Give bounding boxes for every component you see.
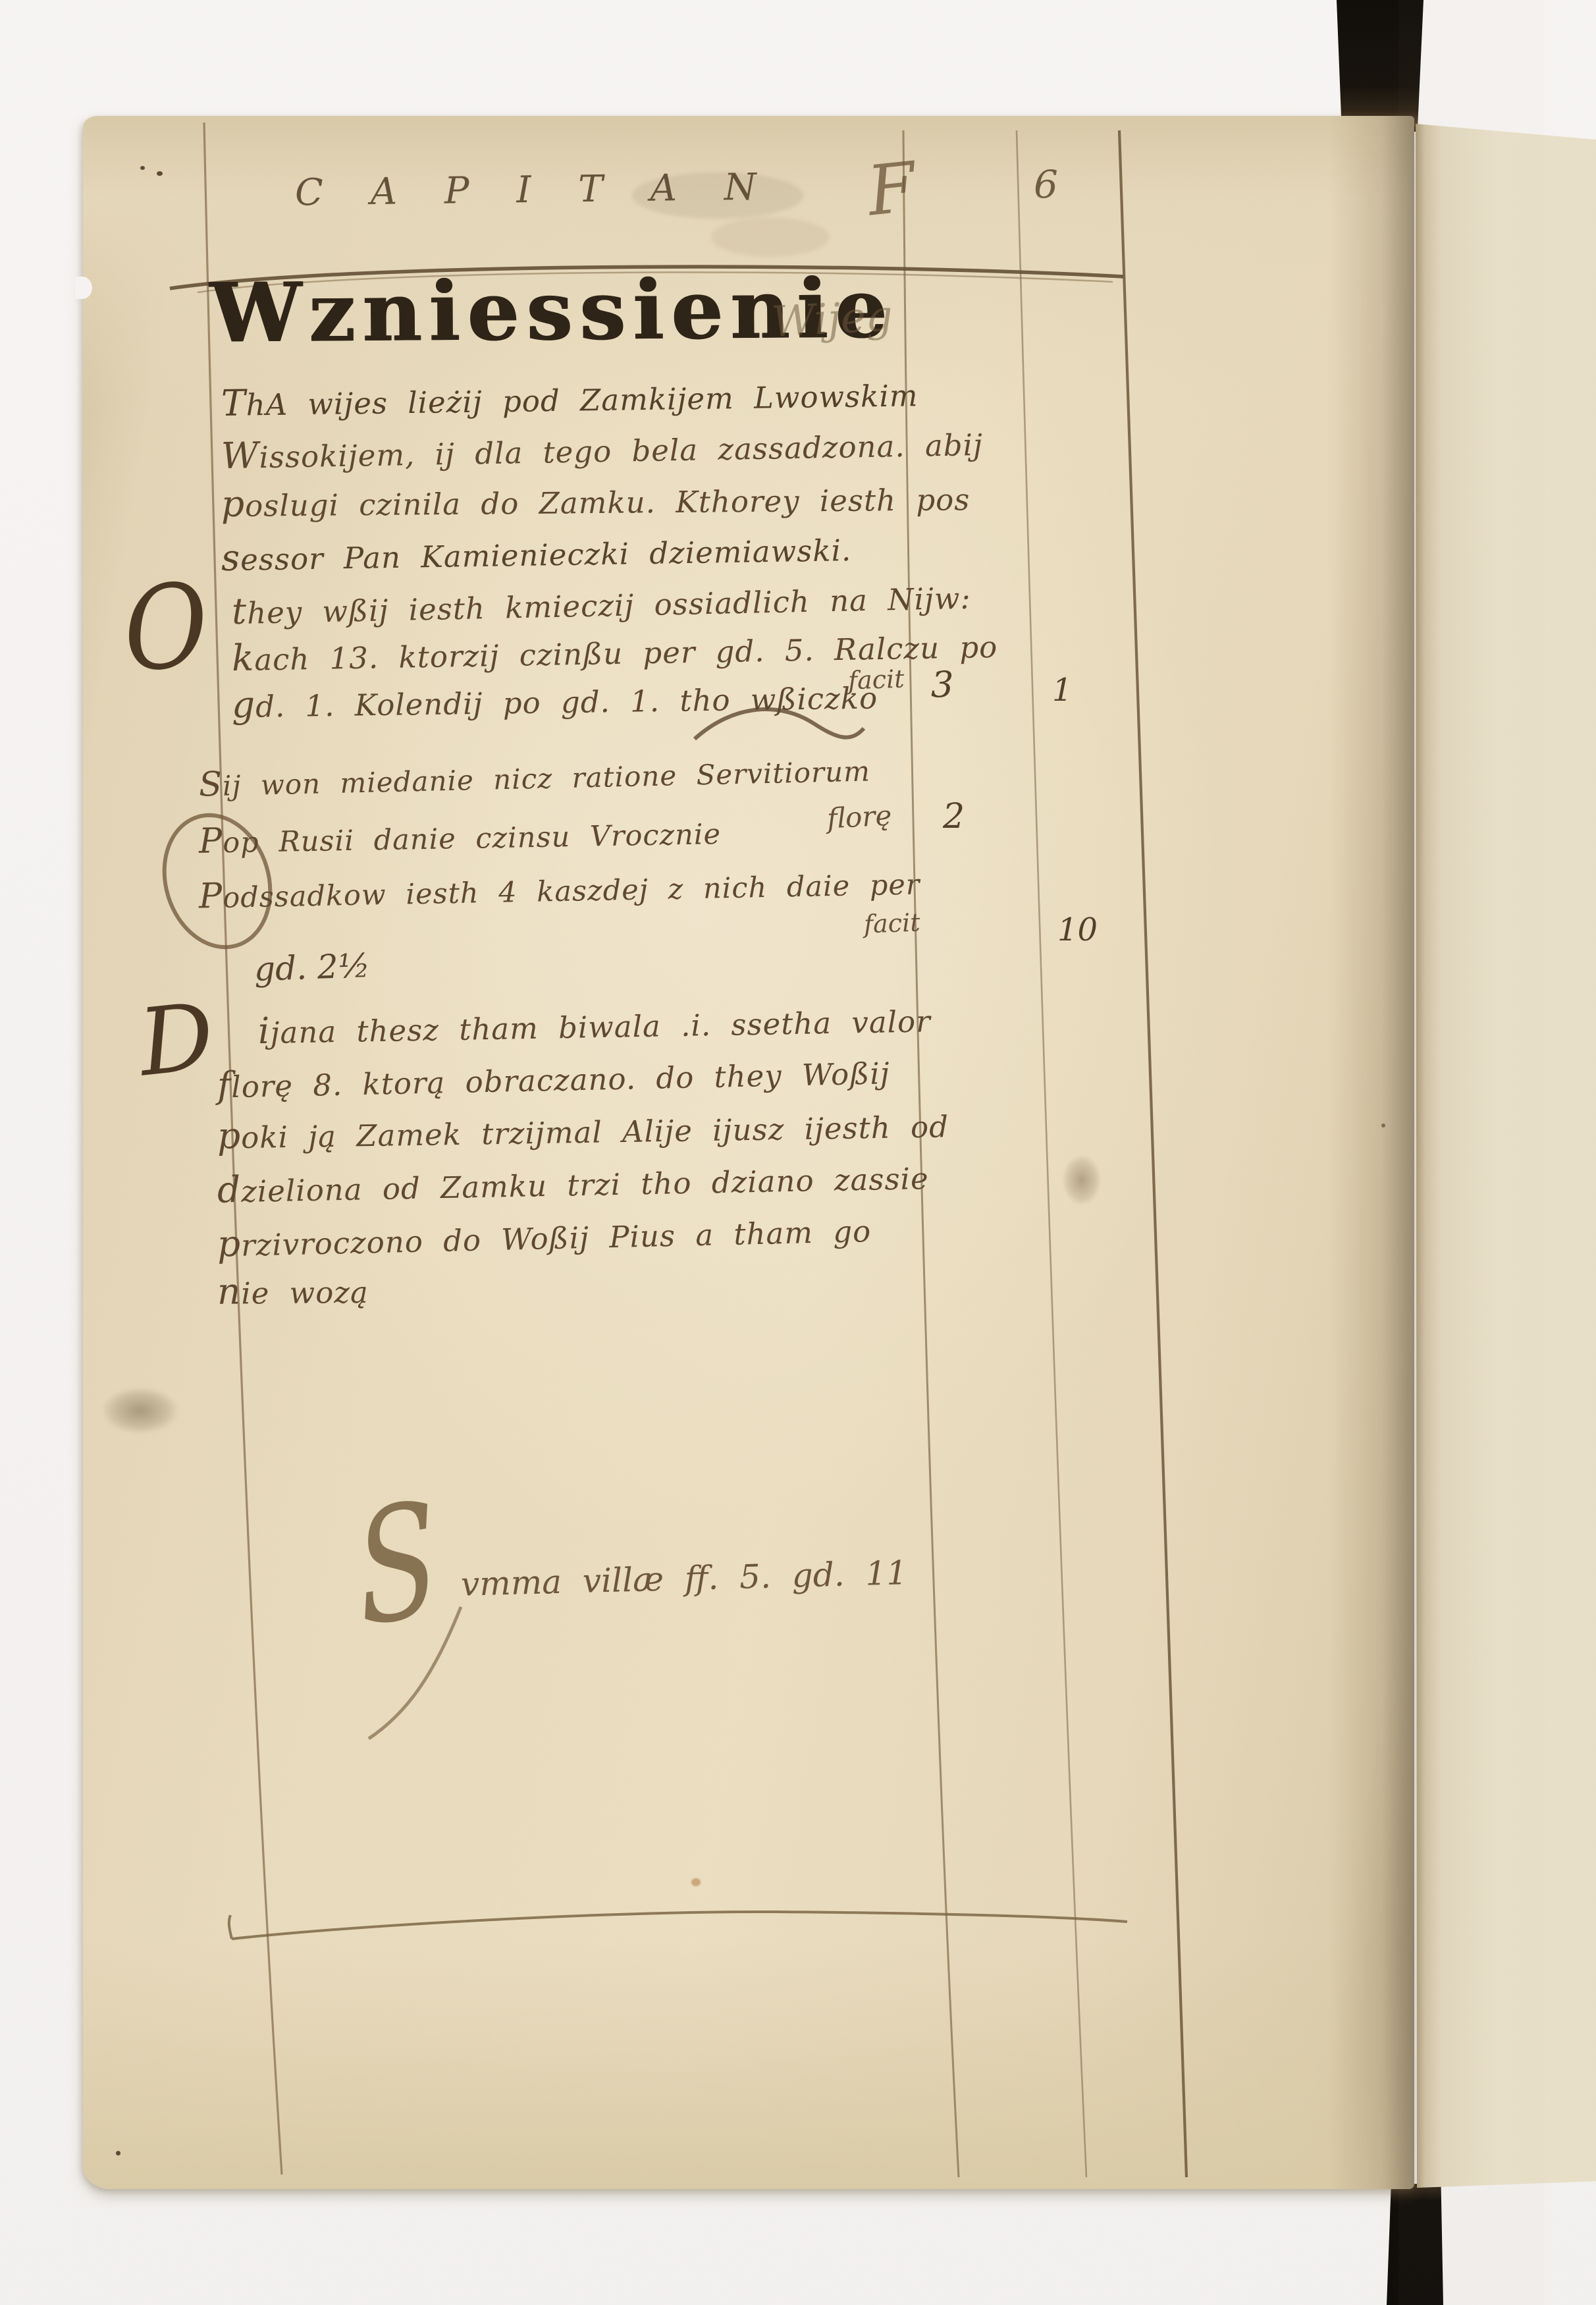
entry-podsadkow: Podssadkow iesth 4 kaszdej z nich daie p… xyxy=(199,869,920,921)
page-heading: C A P I T A N xyxy=(295,166,766,215)
paragraph-3-initial: D xyxy=(134,983,219,1098)
grossi-two-half: gd. 2½ xyxy=(253,946,371,989)
floreni-label: florę xyxy=(826,799,893,834)
line-servitiorum-wrap: Sij won miedanie nicz ratione Servitioru… xyxy=(199,757,870,809)
paragraph-2: they wßij iesth kmieczij ossiadlich na N… xyxy=(232,582,997,726)
text-line: poslugi czinila do Zamku. Kthorey iesth … xyxy=(221,476,984,534)
paragraph-1: ThA wijes lieżij pod Zamkijem Lwowskim W… xyxy=(221,377,983,582)
paragraph-3: ijana thesz tham biwala .i. ssetha valor… xyxy=(217,1004,949,1320)
facit-label-2: facit xyxy=(863,908,920,939)
text-line: Pop Rusii danie czinsu Vrocznie xyxy=(198,812,721,873)
entry-title-gloss: Wijeg xyxy=(770,292,893,347)
paragraph-2-initial: O xyxy=(120,557,212,697)
text-line: Podssadkow iesth 4 kaszdej z nich daie p… xyxy=(198,862,920,927)
facit-label-1: facit xyxy=(847,664,905,695)
folio-number: 6 xyxy=(1034,162,1058,207)
column-value-2: 2 xyxy=(943,797,965,836)
entry-pop-rusii: Pop Rusii danie czinsu Vrocznie xyxy=(199,817,721,868)
paper-grain-right xyxy=(1417,125,1596,2185)
text-line: nie wozą xyxy=(217,1264,949,1323)
column-value-10: 10 xyxy=(1057,911,1098,948)
column-value-1: 1 xyxy=(1052,672,1073,709)
text-line: Sij won miedanie nicz ratione Servitioru… xyxy=(198,749,871,816)
header-flourish-letter: F xyxy=(864,147,920,232)
summa-initial: S xyxy=(349,1469,446,1662)
column-value-3: 3 xyxy=(931,664,953,705)
manuscript-scan: C A P I T A N F 6 Wzniessienie Wijeg ThA… xyxy=(0,0,1596,2305)
